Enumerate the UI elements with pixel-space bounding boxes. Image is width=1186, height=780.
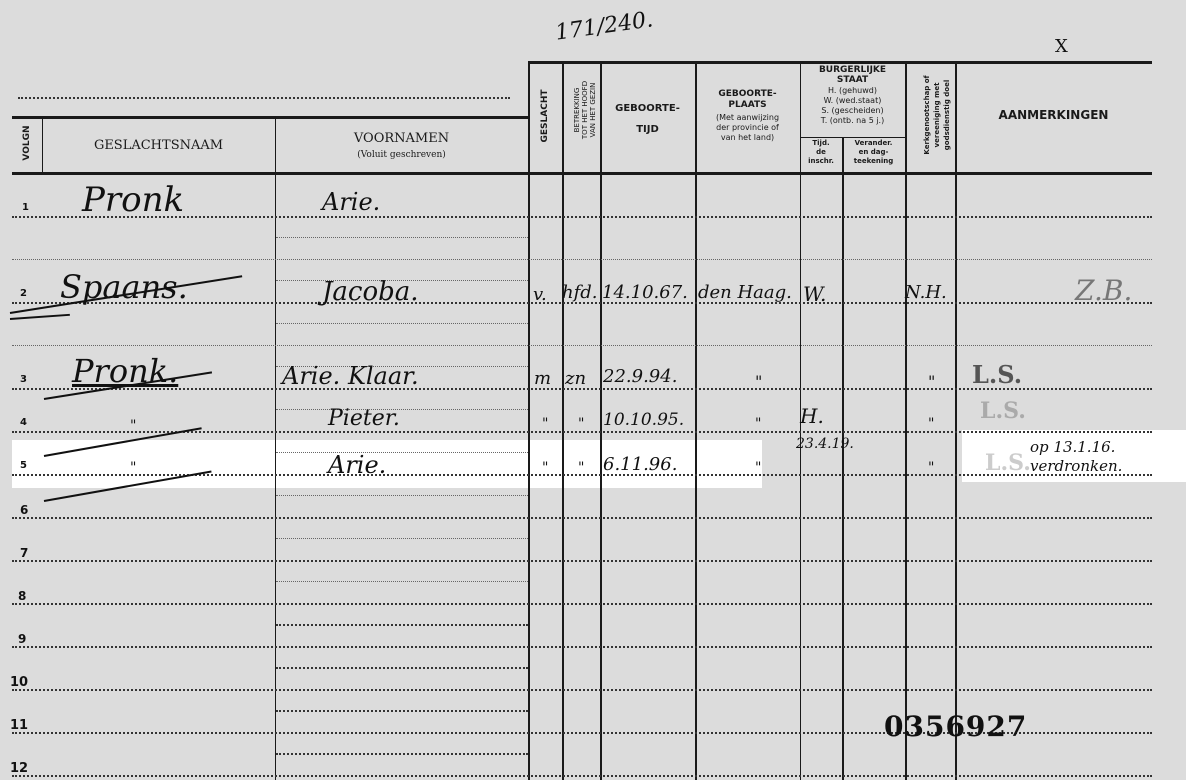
- row-number: 1: [22, 202, 29, 213]
- birth-date-cell: 10.10.95.: [603, 410, 684, 430]
- birth-place-cell: ": [755, 416, 761, 432]
- col-line-kerk: [955, 61, 957, 780]
- header-burgerlijke-1: BURGERLIJKE: [800, 65, 905, 75]
- burgerlijke-sub-rule: [800, 137, 905, 138]
- row-line-7: [12, 560, 1152, 562]
- header-tijd-3: inschr.: [800, 157, 842, 165]
- birth-date-cell: 22.9.94.: [603, 366, 677, 387]
- col-line-geslacht: [562, 61, 564, 780]
- row-number: 3: [20, 374, 27, 385]
- sex-cell: v.: [533, 284, 547, 305]
- header-burgerlijke-w: W. (wed.staat): [800, 96, 905, 105]
- remarks-stamp: L.S.: [985, 450, 1031, 476]
- row-number: 11: [10, 718, 28, 733]
- row-line-12: [12, 775, 1152, 777]
- row-sub-line-8: [276, 581, 528, 582]
- row-line-10: [12, 689, 1152, 691]
- header-geslacht: GESLACHT: [540, 76, 550, 156]
- row-number: 4: [20, 417, 27, 428]
- row-sub-line-4: [276, 409, 528, 410]
- row-sub-line-12: [276, 753, 528, 755]
- col-line-betrekking: [600, 61, 602, 780]
- religion-cell: ": [928, 372, 935, 391]
- row-sub-line-1: [276, 237, 528, 238]
- relation-cell: zn: [565, 368, 586, 389]
- header-voornamen-sub: (Voluit geschreven): [275, 150, 528, 160]
- col-line-geboortetijd: [695, 61, 697, 780]
- header-geboortetijd-1: GEBOORTE-: [600, 103, 695, 114]
- religion-cell: ": [928, 416, 934, 432]
- birth-date-cell: 6.11.96.: [603, 454, 677, 475]
- row-sub-line-2b: [276, 323, 528, 324]
- row-number: 5: [20, 460, 27, 471]
- civil-status-cell: W.: [803, 282, 826, 306]
- remarks-cell: op 13.1.16. verdronken.: [1030, 438, 1170, 476]
- header-geboorteplaats-sub-3: van het land): [695, 133, 800, 142]
- header-burgerlijke-h: H. (gehuwd): [800, 86, 905, 95]
- row-number: 6: [20, 503, 28, 517]
- header-geboorteplaats-sub-2: der provincie of: [695, 123, 800, 132]
- header-geboorteplaats-1: GEBOORTE-: [695, 89, 800, 99]
- header-verander-2: en dag-: [842, 148, 905, 156]
- remarks-cell: Z.B.: [1075, 274, 1132, 307]
- header-verander-1: Verander.: [842, 139, 905, 147]
- row-number: 9: [18, 632, 26, 646]
- relation-cell: ": [578, 416, 584, 432]
- header-bottom-rule: [12, 172, 1152, 175]
- header-kerk-3: godsdienstig doel: [943, 60, 951, 170]
- header-burgerlijke-s: S. (gescheiden): [800, 106, 905, 115]
- religion-cell: ": [928, 460, 934, 476]
- birth-place-cell: ": [755, 460, 761, 476]
- row-number: 10: [10, 675, 28, 690]
- header-geslachtsnaam: GESLACHTSNAAM: [42, 138, 275, 153]
- surname-ditto-cell: ": [130, 418, 136, 434]
- surname-cell: Pronk: [82, 180, 184, 220]
- row-line-1b: [12, 259, 1152, 260]
- given-names-cell: Jacoba.: [322, 277, 419, 307]
- col-line-verander: [905, 61, 907, 780]
- header-top-rule-right: [528, 61, 1152, 64]
- row-number: 2: [20, 288, 27, 299]
- remarks-stamp: L.S.: [980, 398, 1026, 424]
- given-names-cell: Arie.: [328, 451, 386, 479]
- given-names-cell: Arie. Klaar.: [282, 362, 419, 390]
- corner-mark: X: [1055, 36, 1068, 57]
- header-geboorteplaats-2: PLAATS: [695, 100, 800, 110]
- header-kerk-1: Kerkgenootschap of: [923, 60, 931, 170]
- header-geboortetijd-2: TIJD: [600, 124, 695, 135]
- header-volgn: VOLGN: [22, 118, 32, 168]
- header-tijd-2: de: [800, 148, 842, 156]
- status-date-cell: 23.4.19.: [796, 436, 854, 452]
- header-voornamen: VOORNAMEN: [275, 131, 528, 146]
- header-kerk-2: vereeniging met: [933, 60, 941, 170]
- birth-place-cell: den Haag.: [698, 282, 792, 303]
- row-sub-line-5: [276, 452, 528, 453]
- header-aanmerkingen: AANMERKINGEN: [955, 108, 1152, 122]
- row-line-2b: [12, 345, 1152, 346]
- row-line-6: [12, 517, 1152, 519]
- civil-status-cell: H.: [800, 404, 824, 428]
- sex-cell: m: [534, 368, 551, 389]
- given-names-cell: Arie.: [322, 188, 380, 216]
- sex-cell: ": [542, 416, 548, 432]
- header-top-rule-left: [12, 116, 530, 119]
- header-tijd-1: Tijd.: [800, 139, 842, 147]
- col-line-tijd: [842, 138, 844, 780]
- reference-number: 171/240.: [554, 7, 655, 45]
- row-sub-line-9: [276, 624, 528, 626]
- row-sub-line-7: [276, 538, 528, 539]
- header-betrekking-2: TOT HET HOOFD: [581, 60, 589, 160]
- birth-date-cell: 14.10.67.: [602, 282, 688, 303]
- row-sub-line-6: [276, 495, 528, 496]
- birth-place-cell: ": [755, 372, 762, 391]
- header-burgerlijke-t: T. (ontb. na 5 j.): [800, 116, 905, 125]
- relation-cell: hfd.: [562, 282, 598, 303]
- top-dotted-line: [18, 97, 510, 99]
- remarks-stamp: L.S.: [972, 360, 1022, 389]
- surname-ditto-cell: ": [130, 460, 136, 476]
- relation-cell: ": [578, 460, 584, 476]
- row-sub-line-11: [276, 710, 528, 712]
- header-step-rule: [528, 61, 530, 118]
- header-verander-3: teekening: [842, 157, 905, 165]
- header-betrekking-1: BETREKKING: [573, 60, 581, 160]
- row-sub-line-10: [276, 667, 528, 669]
- row-line-9: [12, 646, 1152, 648]
- serial-number: 0356927: [884, 710, 1027, 743]
- row-number: 7: [20, 546, 28, 560]
- row-number: 12: [10, 761, 28, 776]
- row-number: 8: [18, 589, 26, 603]
- header-burgerlijke-2: STAAT: [800, 75, 905, 85]
- sex-cell: ": [542, 460, 548, 476]
- given-names-cell: Pieter.: [328, 406, 400, 431]
- row-line-8: [12, 603, 1152, 605]
- surname-strikethrough: [10, 314, 70, 320]
- header-betrekking-3: VAN HET GEZIN: [589, 60, 597, 160]
- header-geboorteplaats-sub-1: (Met aanwijzing: [695, 113, 800, 122]
- religion-cell: N.H.: [905, 282, 947, 303]
